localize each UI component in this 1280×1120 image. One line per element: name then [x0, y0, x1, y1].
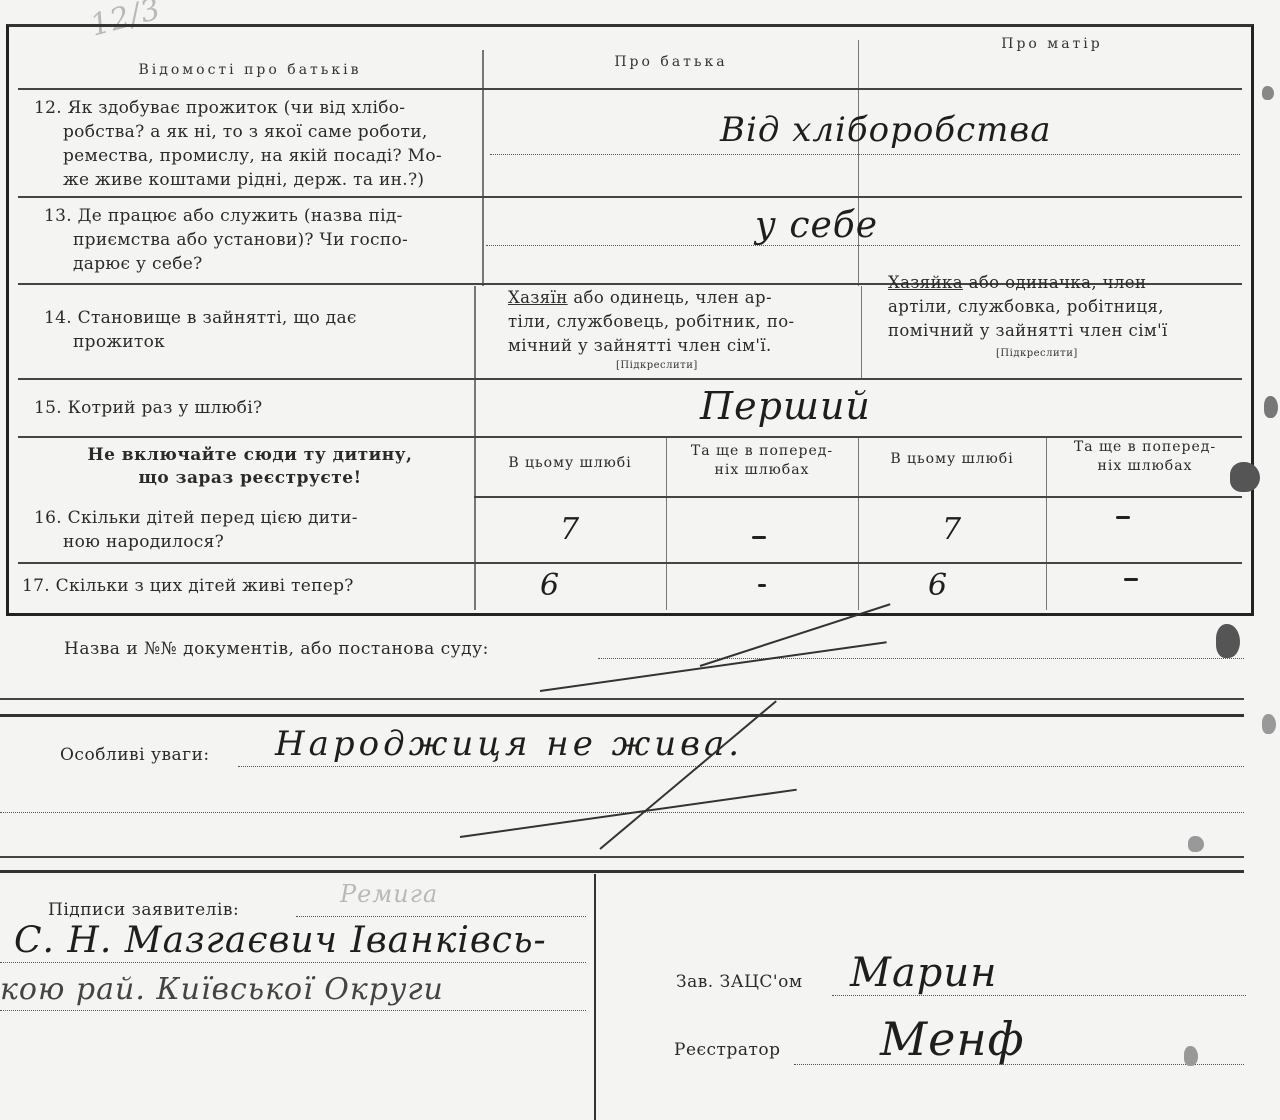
q16-mother-this: 7 [860, 512, 1044, 547]
q17-father-this: 6 [456, 568, 644, 603]
q16-father-this: 7 [476, 512, 664, 547]
q17-father-prev [758, 584, 766, 587]
head-signature: Марин [850, 950, 998, 996]
subheader-mother-this-marriage: В цьому шлюбі [860, 450, 1044, 469]
col-divider-mother-sub [1046, 436, 1047, 610]
q12-answer: Від хліборобства [720, 110, 1051, 150]
q14-father-options: Хазяїн або одинець, член ар- тіли, служб… [508, 286, 830, 358]
q15-label: 15. Котрий раз у шлюбі? [34, 396, 262, 420]
col-divider-label-father [482, 50, 484, 286]
q12-label: 12. Як здобуває прожиток (чи від хлібо- … [34, 96, 480, 192]
ink-stain [1262, 714, 1276, 734]
q17-mother-prev [1124, 578, 1138, 581]
q13-label: 13. Де працює або служить (назва під- пр… [44, 204, 480, 276]
q14-mother-options: Хазяйка або одиначка, член артіли, служб… [888, 271, 1224, 343]
remarks-answer: Народжиця не жива. [275, 724, 743, 764]
ink-stain [1264, 396, 1278, 418]
q12-answer-line [490, 154, 1240, 155]
col-divider-father-mother [858, 40, 859, 286]
header-parents-info: Відомості про батьків [20, 62, 480, 78]
exclude-child-note: Не включайте сюди ту дитину, що зараз ре… [30, 444, 470, 490]
subheader-mother-prev-marriages: Та ще в поперед- ніх шлюбах [1048, 438, 1242, 476]
header-father: Про батька [486, 54, 856, 70]
subheader-father-this-marriage: В цьому шлюбі [476, 454, 664, 473]
applicants-label: Підписи заявителів: [48, 900, 239, 920]
applicants-line-2 [0, 962, 586, 963]
ink-stain [1188, 836, 1204, 852]
remarks-strike-mark [460, 789, 797, 838]
documents-line [598, 658, 1244, 659]
applicant-signature-line1: С. Н. Мазгаєвич Іванківсь- [14, 920, 547, 961]
row16-divider [18, 562, 1242, 564]
q16-father-prev [752, 536, 766, 539]
ink-stain [1216, 624, 1240, 658]
remarks-strike-mark-2 [599, 700, 776, 849]
q16-label: 16. Скільки дітей перед цією дити- ною н… [34, 506, 470, 554]
col-divider-q14 [861, 286, 862, 378]
documents-label: Назва и №№ документів, або постанова суд… [64, 639, 489, 659]
selected-option-father: Хазяїн [508, 288, 568, 307]
ink-stain [1262, 86, 1274, 100]
selected-option-mother: Хазяйка [888, 273, 963, 292]
head-of-registry-label: Зав. ЗАЦС'ом [676, 972, 803, 992]
subheader-divider [474, 496, 1242, 498]
applicant-signature-line2: кою рай. Київської Округи [0, 972, 444, 1007]
documents-strike-mark [540, 641, 887, 692]
signatures-divider [0, 870, 1244, 873]
col-divider-father-sub [666, 436, 667, 610]
q14-father-hint: [Підкреслити] [616, 360, 698, 371]
applicants-faint-signature: Ремига [340, 880, 438, 908]
registrar-signature: Менф [880, 1012, 1025, 1066]
q17-mother-this: 6 [846, 568, 1030, 603]
ink-stain [1184, 1046, 1198, 1066]
applicants-line-3 [0, 1010, 586, 1011]
q14-label: 14. Становище в зайнятті, що дає прожито… [44, 306, 470, 354]
remarks-line [238, 766, 1244, 767]
header-divider [18, 88, 1242, 90]
row14-divider [18, 378, 1242, 380]
documents-line-2 [0, 698, 1244, 700]
header-mother: Про матір [862, 36, 1242, 52]
q16-mother-prev [1116, 516, 1130, 519]
applicants-line [296, 916, 586, 917]
remarks-label: Особливі уваги: [60, 745, 210, 765]
ink-stain [1230, 462, 1260, 492]
signatures-column-divider [594, 874, 596, 1120]
row12-divider [18, 196, 1242, 198]
q15-answer: Перший [700, 384, 871, 428]
remarks-line-3 [0, 856, 1244, 858]
q14-mother-hint: [Підкреслити] [996, 348, 1078, 359]
registrar-label: Реєстратор [674, 1040, 781, 1060]
subheader-father-prev-marriages: Та ще в поперед- ніх шлюбах [668, 442, 856, 480]
q13-answer: у себе [755, 205, 878, 246]
section-divider [0, 714, 1244, 717]
q17-label: 17. Скільки з цих дітей живі тепер? [22, 574, 354, 598]
